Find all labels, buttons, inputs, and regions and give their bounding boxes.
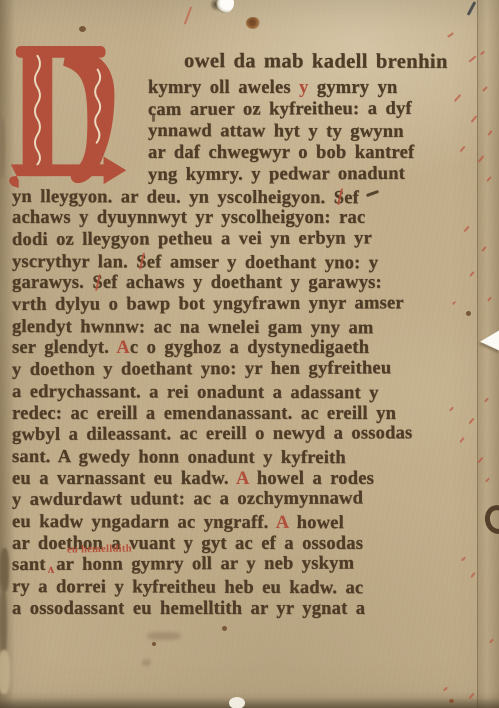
text-segment: yscrythyr lan. xyxy=(12,252,136,272)
manuscript-line: eu kadw yngadarn ac yngraff. A howel xyxy=(12,512,344,534)
text-segment: gwbyl a dileassant. ac ereill o newyd a … xyxy=(12,423,413,445)
text-segment: vrth dylyu o bawp bot yngyfrawn ynyr ams… xyxy=(12,293,404,315)
text-segment: garawys. xyxy=(12,273,92,293)
text-segment: owel da mab kadell brenhin xyxy=(184,50,448,73)
manuscript-line: sant. A gwedy honn onadunt y kyfreith xyxy=(12,447,346,469)
blob-mark xyxy=(229,697,245,708)
text-segment: eu kadw yngadarn ac yngraff. xyxy=(12,512,276,533)
manuscript-line: glendyt hwnnw: ac na wnelei gam yny am xyxy=(12,317,374,339)
manuscript-line: eu a varnassant eu kadw. A howel a rodes xyxy=(12,469,374,490)
flick-mark xyxy=(152,113,155,122)
text-segment: yn lleygyon. ar deu. yn yscolheigyon. xyxy=(12,187,334,208)
manuscript-line: yn lleygyon. ar deu. yn yscolheigyon. Se… xyxy=(12,187,359,209)
manuscript-line: yng kymry. y pedwar onadunt xyxy=(148,164,405,186)
text-segment: kymry oll aweles xyxy=(148,78,299,98)
stain-mark xyxy=(246,17,260,29)
text-segment: A xyxy=(236,469,249,489)
manuscript-line: yscrythyr lan. Sef amser y doethant yno:… xyxy=(12,252,378,274)
manuscript-line: kymry oll aweles y gymry yn xyxy=(148,78,398,99)
interlinear-gloss: eu hemelldith xyxy=(67,543,132,555)
text-segment: A xyxy=(276,513,289,533)
text-segment: achaws y dyuynnwyt yr yscolheigyon: rac xyxy=(12,208,365,228)
manuscript-line: owel da mab kadell brenhin xyxy=(184,50,448,74)
patch-mark xyxy=(0,590,7,656)
text-segment: howel xyxy=(288,513,344,533)
manuscript-line: vrth dylyu o bawp bot yngyfrawn ynyr ams… xyxy=(12,293,404,316)
manuscript-line: y awdurdawt udunt: ac a ozchymynnawd xyxy=(12,489,363,512)
text-block: owel da mab kadell brenhinkymry oll awel… xyxy=(0,0,499,708)
text-segment: yng kymry. y pedwar onadunt xyxy=(148,164,405,185)
text-segment: ar daf chwegwyr o bob kantref xyxy=(148,143,414,163)
text-segment: y awdurdawt udunt: ac a ozchymynnawd xyxy=(12,489,363,511)
patch-mark xyxy=(0,650,10,694)
text-segment: ef xyxy=(344,188,359,208)
text-segment: S xyxy=(334,188,345,208)
text-segment: redec: ac ereill a emendanassant. ac ere… xyxy=(12,404,396,424)
text-segment: ef amser y doethant yno: y xyxy=(147,252,379,273)
edge-notch xyxy=(479,330,499,352)
dot-mark xyxy=(222,626,227,631)
patch-mark xyxy=(0,118,5,178)
text-segment: cam aruer oz kyfreitheu: a dyf xyxy=(148,99,412,120)
manuscript-line: redec: ac ereill a emendanassant. ac ere… xyxy=(12,404,396,425)
text-segment: a ossodassant eu hemelltith ar yr ygnat … xyxy=(12,599,365,619)
manuscript-line: ar daf chwegwyr o bob kantref xyxy=(148,143,414,164)
manuscript-line: a ossodassant eu hemelltith ar yr ygnat … xyxy=(12,599,365,620)
dot-mark xyxy=(152,642,156,646)
text-segment: howel a rodes xyxy=(249,469,375,489)
manuscript-line: ser glendyt. Ac o gyghoz a dystynedigaet… xyxy=(12,338,369,359)
text-segment: gymry yn xyxy=(309,78,398,98)
text-segment: S xyxy=(92,273,103,293)
manuscript-line: ry a dorrei y kyfreitheu heb eu kadw. ac xyxy=(12,577,363,599)
dot-mark xyxy=(79,26,86,32)
text-segment: ser glendyt. xyxy=(12,338,116,358)
dot-mark xyxy=(449,699,454,703)
text-segment: ynnawd attaw hyt y ty gwynn xyxy=(148,121,404,142)
text-segment: y xyxy=(299,78,308,98)
text-segment: S xyxy=(136,252,147,272)
text-segment: A xyxy=(116,338,130,358)
manuscript-line: dodi oz lleygyon petheu a vei yn erbyn y… xyxy=(12,228,372,251)
manuscript-line: y doethon y doethant yno: yr hen gyfreit… xyxy=(12,358,391,381)
dot-mark xyxy=(466,311,471,316)
manuscript-line: cam aruer oz kyfreitheu: a dyf xyxy=(148,99,412,121)
text-segment: ef achaws y doethant y garawys: xyxy=(103,273,382,293)
text-segment: c o gyghoz a dystynedigaeth xyxy=(130,338,369,358)
text-segment: dodi oz lleygyon petheu a vei yn erbyn y… xyxy=(12,228,372,250)
patch-mark xyxy=(0,548,9,592)
manuscript-line: santʌar honn gymry oll ar y neb yskym xyxy=(12,554,354,577)
text-segment: y doethon y doethant yno: yr hen gyfreit… xyxy=(12,358,391,380)
manuscript-line: ynnawd attaw hyt y ty gwynn xyxy=(148,121,404,143)
text-segment: glendyt hwnnw: ac na wnelei gam yny am xyxy=(12,317,374,338)
text-segment: sant xyxy=(12,555,46,575)
text-segment: ar doethon a vuant y gyt ac ef a ossodas xyxy=(12,534,363,554)
text-segment: ʌ xyxy=(48,561,55,576)
manuscript-line: ar doethon a vuant y gyt ac ef a ossodas xyxy=(12,534,363,555)
text-segment: sant. A gwedy honn onadunt y kyfreith xyxy=(12,447,346,468)
manuscript-line: a edrychassant. a rei onadunt a adassant… xyxy=(12,382,379,404)
smudge-mark xyxy=(142,659,151,666)
text-segment: eu a varnassant eu kadw. xyxy=(12,469,236,489)
manuscript-line: garawys. Sef achaws y doethant y garawys… xyxy=(12,273,382,294)
text-segment: ry a dorrei y kyfreitheu heb eu kadw. ac xyxy=(12,577,363,598)
manuscript-line: gwbyl a dileassant. ac ereill o newyd a … xyxy=(12,423,413,446)
bottom-edge-shadow xyxy=(0,698,499,708)
manuscript-page: owel da mab kadell brenhinkymry oll awel… xyxy=(0,0,499,708)
smudge-mark xyxy=(147,632,181,640)
text-segment: ar honn gymry oll ar y neb yskym xyxy=(56,554,354,575)
text-segment: a edrychassant. a rei onadunt a adassant… xyxy=(12,382,379,403)
manuscript-line: achaws y dyuynnwyt yr yscolheigyon: rac xyxy=(12,208,365,229)
